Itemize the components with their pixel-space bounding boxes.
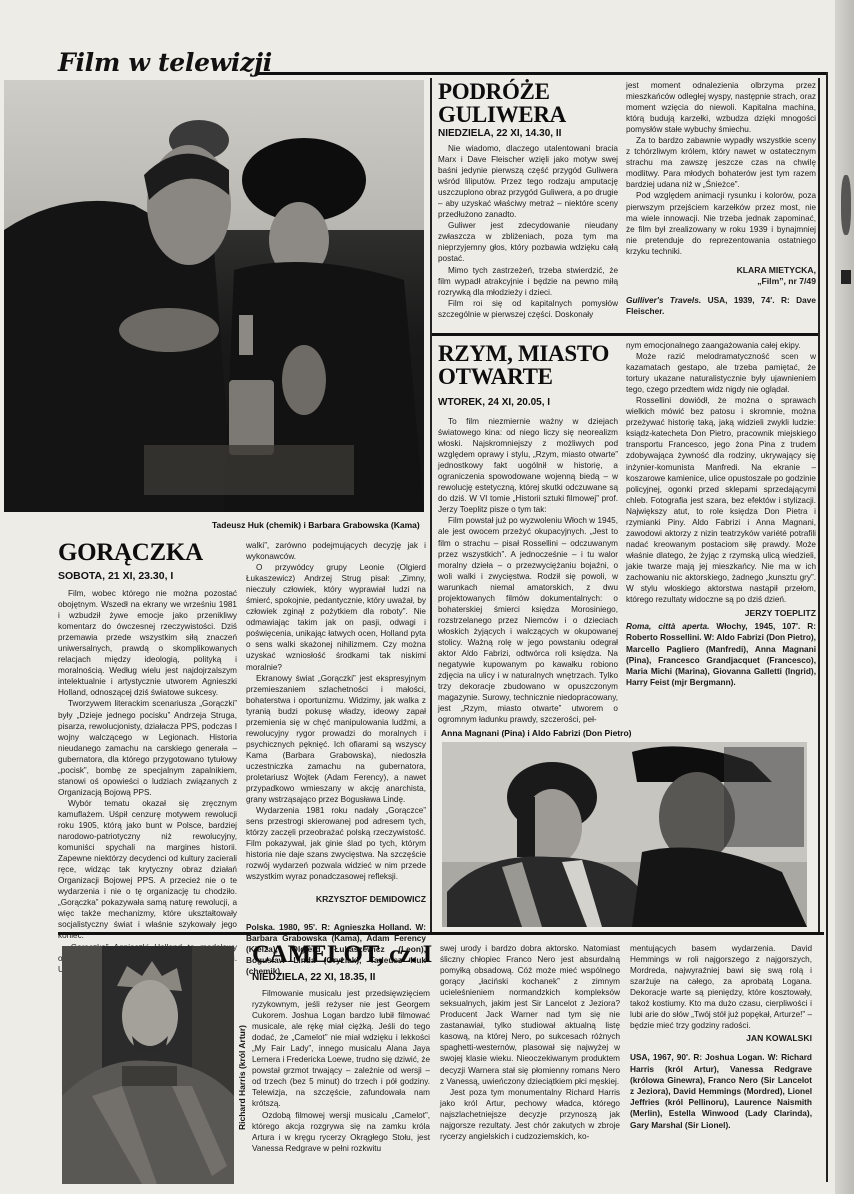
guliwer-dateline: NIEDZIELA, 22 XI, 14.30, II xyxy=(438,128,561,139)
paragraph: Ekranowy świat „Gorączki” jest ekspresyj… xyxy=(246,673,426,806)
rzym-photo xyxy=(442,742,807,927)
paragraph: Guliwer jest zdecydowanie nieudany zwłas… xyxy=(438,220,618,264)
magazine-page: Film w telewizji Tadeusz Huk (c xyxy=(0,0,835,1194)
goraczka-author: KRZYSZTOF DEMIDOWICZ xyxy=(246,894,426,905)
paragraph: Pod względem animacji rysunku i kolorów,… xyxy=(626,190,816,256)
rzym-headline-line1: RZYM, MIASTO xyxy=(438,342,609,365)
goraczka-headline: GORĄCZKA xyxy=(58,540,203,565)
page-right-border xyxy=(826,72,828,1182)
paragraph: Może razić melodramatyczność scen w kaza… xyxy=(626,351,816,395)
paragraph: Filmowanie musicalu jest przedsięwzięcie… xyxy=(252,988,430,1110)
paragraph: Tworzywem literackim scenariusza „Gorącz… xyxy=(58,698,237,797)
rzym-credits: Roma, città aperta. Włochy, 1945, 107'. … xyxy=(626,621,816,688)
guliwer-author-source: „Film”, nr 7/49 xyxy=(626,276,816,287)
column-divider xyxy=(430,78,432,933)
goraczka-column-2: walki”, zarówno podejmujących decyzję ja… xyxy=(246,540,426,978)
paragraph: Rossellini dowiódł, że można o sprawach … xyxy=(626,395,816,605)
camelot-column-3: mentujących basem wydarzenia. David Hemm… xyxy=(630,943,812,1131)
edge-smudge xyxy=(841,175,851,235)
guliwer-headline-line1: PODRÓŻE xyxy=(438,80,566,103)
goraczka-column-1: Film, wobec którego nie można pozostać o… xyxy=(58,588,237,975)
rzym-photo-caption: Anna Magnani (Pina) i Aldo Fabrizi (Don … xyxy=(441,728,631,738)
top-section-bottom-rule xyxy=(58,932,824,935)
guliwer-headline-line2: GULIWERA xyxy=(438,103,566,126)
rzym-author: JERZY TOEPLITZ xyxy=(626,608,816,619)
guliwer-bottom-rule xyxy=(432,333,820,336)
paragraph: Nie wiadomo, dlaczego utalentowani braci… xyxy=(438,143,618,220)
goraczka-dateline: SOBOTA, 21 XI, 23.30, I xyxy=(58,570,173,582)
paragraph: mentujących basem wydarzenia. David Hemm… xyxy=(630,943,812,1031)
paragraph: Mimo tych zastrzeżeń, trzeba stwierdzić,… xyxy=(438,265,618,298)
paragraph: O przywódcy grupy Leonie (Olgierd Łukasz… xyxy=(246,562,426,672)
right-column-divider xyxy=(818,78,820,933)
rzym-headline-line2: OTWARTE xyxy=(438,365,609,388)
camelot-photo xyxy=(62,946,234,1184)
guliwer-column-1: Nie wiadomo, dlaczego utalentowani braci… xyxy=(438,143,618,320)
camelot-photo-caption: Richard Harris (król Artur) xyxy=(237,1025,247,1130)
paragraph: Wybór tematu okazał się zręcznym kamufla… xyxy=(58,798,237,942)
paragraph: swej urody i bardzo dobra aktorsko. Nato… xyxy=(440,943,620,1087)
paragraph: Ozdobą filmowej wersji musicalu „Camelot… xyxy=(252,1110,430,1154)
rzym-headline: RZYM, MIASTO OTWARTE xyxy=(438,342,609,388)
paragraph: Jest poza tym monumentalny Richard Harri… xyxy=(440,1087,620,1142)
camelot-headline: CAMELOT, cz. I xyxy=(252,942,432,967)
adjacent-page-edge xyxy=(835,0,854,1194)
guliwer-column-2: jest moment odnalezienia olbrzyma przez … xyxy=(626,80,816,317)
section-title-rule xyxy=(258,72,828,75)
goraczka-photo xyxy=(4,80,424,512)
rzym-dateline: WTOREK, 24 XI, 20.05, I xyxy=(438,397,550,408)
guliwer-author: KLARA MIETYCKA, „Film”, nr 7/49 xyxy=(626,265,816,287)
guliwer-original-title: Gulliver's Travels. xyxy=(626,295,701,305)
paragraph: jest moment odnalezienia olbrzyma przez … xyxy=(626,80,816,135)
paragraph: To film niezmiernie ważny w dziejach świ… xyxy=(438,416,618,515)
camelot-credits: USA, 1967, 90'. R: Joshua Logan. W: Rich… xyxy=(630,1052,812,1130)
guliwer-headline: PODRÓŻE GULIWERA xyxy=(438,80,566,126)
camelot-column-2: swej urody i bardzo dobra aktorsko. Nato… xyxy=(440,943,620,1142)
rzym-column-2: nym emocjonalnego zaangażowania całej ek… xyxy=(626,340,816,688)
paragraph: Film roi się od kapitalnych pomysłów szc… xyxy=(438,298,618,320)
guliwer-author-name: KLARA MIETYCKA, xyxy=(626,265,816,276)
camelot-dateline: NIEDZIELA, 22 XI, 18.35, II xyxy=(252,972,375,983)
paragraph: nym emocjonalnego zaangażowania całej ek… xyxy=(626,340,816,351)
section-title: Film w telewizji xyxy=(58,48,272,77)
paragraph: Za to bardzo zabawnie wypadły wszystkie … xyxy=(626,135,816,190)
paragraph: Film, wobec którego nie można pozostać o… xyxy=(58,588,237,698)
paragraph: Film powstał już po wyzwoleniu Włoch w 1… xyxy=(438,515,618,725)
paragraph: Wydarzenia 1981 roku nadały „Gorączce” s… xyxy=(246,805,426,882)
camelot-author: JAN KOWALSKI xyxy=(630,1033,812,1044)
rzym-column-1: To film niezmiernie ważny w dziejach świ… xyxy=(438,416,618,725)
camelot-column-1: Filmowanie musicalu jest przedsięwzięcie… xyxy=(252,988,430,1154)
paragraph: walki”, zarówno podejmujących decyzję ja… xyxy=(246,540,426,562)
goraczka-photo-caption: Tadeusz Huk (chemik) i Barbara Grabowska… xyxy=(212,520,420,530)
rzym-original-title: Roma, città aperta. xyxy=(626,621,709,631)
guliwer-credits: Gulliver's Travels. USA, 1939, 74'. R: D… xyxy=(626,295,816,317)
edge-mark xyxy=(841,270,851,284)
